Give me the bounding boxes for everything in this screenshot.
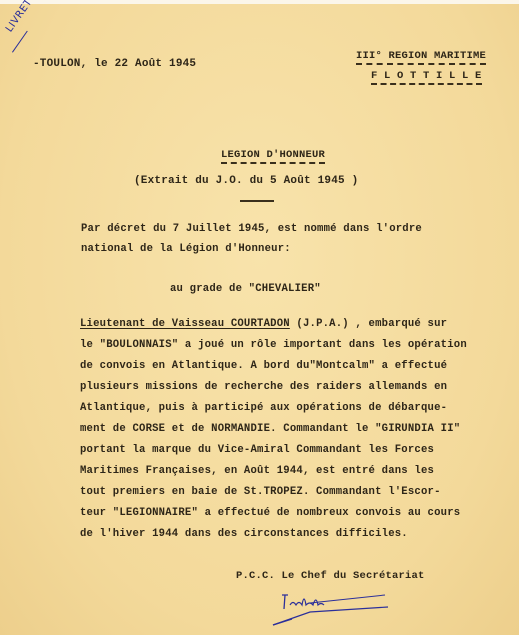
unit-heading: F L O T T I L L E <box>345 58 482 94</box>
grade-line: au grade de "CHEVALIER" <box>170 283 321 295</box>
citation-line-6: portant la marque du Vice-Amiral Command… <box>80 444 434 456</box>
handwritten-signature-icon <box>270 585 400 630</box>
citation-line-9: teur "LEGIONNAIRE" a effectué de nombreu… <box>80 507 460 519</box>
citation-line-1: le "BOULONNAIS" a joué un rôle important… <box>80 339 467 351</box>
document-title: LEGION D'HONNEUR <box>195 137 325 173</box>
signature-block: P.C.C. Le Chef du Secrétariat <box>236 570 425 582</box>
place-date: -TOULON, le 22 Août 1945 <box>33 58 196 70</box>
officer-name: Lieutenant de Vaisseau COURTADON <box>80 318 290 330</box>
citation-line-2: de convois en Atlantique. A bord du"Mont… <box>80 360 447 372</box>
citation-line-7: Maritimes Françaises, en Août 1944, est … <box>80 465 434 477</box>
separator-rule <box>240 200 274 202</box>
paper-top-edge <box>0 0 519 4</box>
handwritten-underline <box>12 31 28 53</box>
citation-line-10: de l'hiver 1944 dans des circonstances d… <box>80 528 408 540</box>
citation-line-8: tout premiers en baie de St.TROPEZ. Comm… <box>80 486 441 498</box>
citation-line-4: Atlantique, puis à participé aux opérati… <box>80 402 447 414</box>
citation-line-0: Lieutenant de Vaisseau COURTADON (J.P.A.… <box>80 318 447 330</box>
extract-reference: (Extrait du J.O. du 5 Août 1945 ) <box>134 175 358 187</box>
handwritten-livret-note: LIVRET <box>4 0 35 34</box>
citation-line-0-rest: (J.P.A.) , embarqué sur <box>290 318 447 330</box>
document-page: LIVRET -TOULON, le 22 Août 1945 III° REG… <box>0 0 519 635</box>
title-text: LEGION D'HONNEUR <box>221 149 325 164</box>
unit-label: F L O T T I L L E <box>371 70 482 85</box>
decree-line-1: Par décret du 7 Juillet 1945, est nommé … <box>81 223 422 235</box>
citation-line-3: plusieurs missions de recherche des raid… <box>80 381 447 393</box>
decree-line-2: national de la Légion d'Honneur: <box>81 243 291 255</box>
citation-line-5: ment de CORSE et de NORMANDIE. Commandan… <box>80 423 460 435</box>
